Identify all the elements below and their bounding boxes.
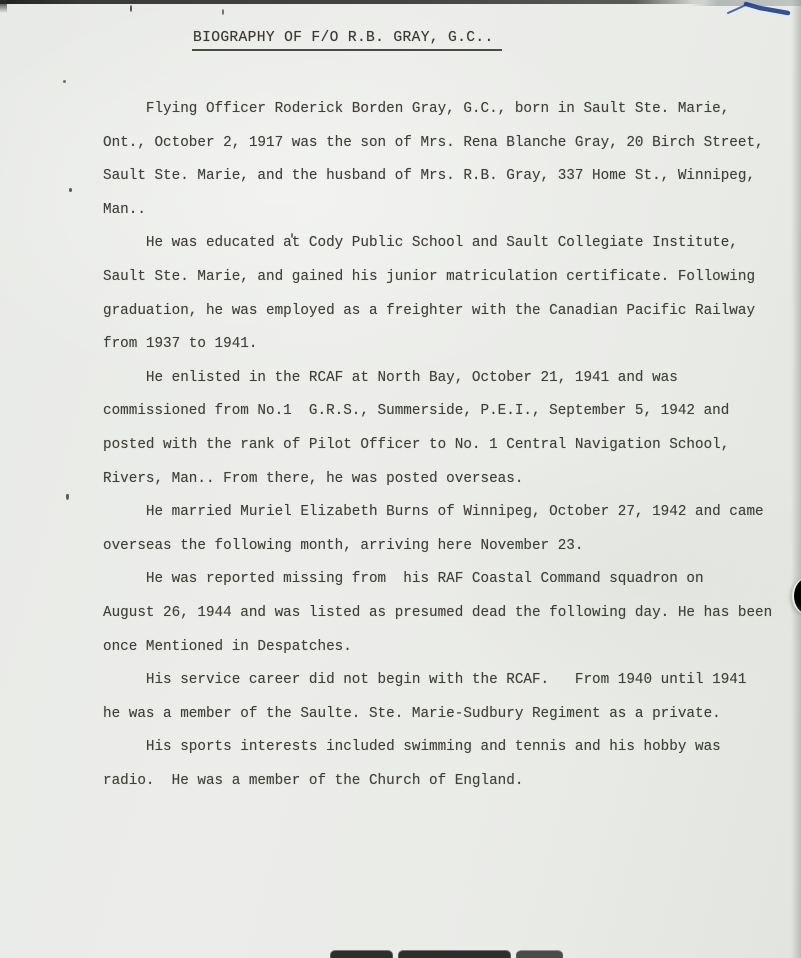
document-body: Flying Officer Roderick Borden Gray, G.C…	[103, 93, 783, 798]
text-line: from 1937 to 1941.	[103, 328, 783, 362]
blue-ink-mark	[722, 0, 800, 22]
text-line: Sault Ste. Marie, and the husband of Mrs…	[103, 160, 783, 194]
text-line: Sault Ste. Marie, and gained his junior …	[103, 261, 783, 295]
document-title: BIOGRAPHY OF F/O R.B. GRAY, G.C..	[192, 30, 502, 51]
scanned-page: BIOGRAPHY OF F/O R.B. GRAY, G.C.. Flying…	[0, 0, 801, 958]
paragraph: His sports interests included swimming a…	[103, 731, 783, 798]
text-line: August 26, 1944 and was listed as presum…	[103, 597, 783, 631]
paragraph: Flying Officer Roderick Borden Gray, G.C…	[103, 93, 783, 227]
paragraph: He enlisted in the RCAF at North Bay, Oc…	[103, 362, 783, 496]
text-line: He married Muriel Elizabeth Burns of Win…	[103, 496, 783, 530]
scan-edge-corner	[0, 0, 7, 13]
text-line: His sports interests included swimming a…	[103, 731, 783, 765]
scan-speck	[222, 9, 224, 15]
scan-speck	[69, 188, 72, 192]
scan-speck	[63, 80, 66, 83]
text-line: His service career did not begin with th…	[103, 664, 783, 698]
text-line: He was educated at Cody Public School an…	[103, 227, 783, 261]
viewer-toolbar	[330, 950, 563, 958]
paragraph: He married Muriel Elizabeth Burns of Win…	[103, 496, 783, 563]
text-line: He enlisted in the RCAF at North Bay, Oc…	[103, 362, 783, 396]
scan-edge-right	[791, 0, 801, 958]
scan-speck	[66, 494, 69, 500]
text-line: He was reported missing from his RAF Coa…	[103, 563, 783, 597]
toolbar-button-center[interactable]	[398, 950, 511, 958]
text-line: graduation, he was employed as a freight…	[103, 295, 783, 329]
toolbar-button-right[interactable]	[516, 950, 563, 958]
paragraph: He was reported missing from his RAF Coa…	[103, 563, 783, 664]
text-line: posted with the rank of Pilot Officer to…	[103, 429, 783, 463]
paragraph: He was educated at Cody Public School an…	[103, 227, 783, 361]
text-line: Ont., October 2, 1917 was the son of Mrs…	[103, 127, 783, 161]
toolbar-button-left[interactable]	[330, 950, 393, 958]
scan-speck	[130, 5, 132, 12]
text-line: commissioned from No.1 G.R.S., Summersid…	[103, 395, 783, 429]
paragraph: His service career did not begin with th…	[103, 664, 783, 731]
text-line: Rivers, Man.. From there, he was posted …	[103, 463, 783, 497]
scan-edge-top	[0, 0, 705, 4]
text-line: Man..	[103, 194, 783, 228]
text-line: radio. He was a member of the Church of …	[103, 765, 783, 799]
text-line: Flying Officer Roderick Borden Gray, G.C…	[103, 93, 783, 127]
text-line: he was a member of the Saulte. Ste. Mari…	[103, 698, 783, 732]
text-line: overseas the following month, arriving h…	[103, 530, 783, 564]
text-line: once Mentioned in Despatches.	[103, 631, 783, 665]
